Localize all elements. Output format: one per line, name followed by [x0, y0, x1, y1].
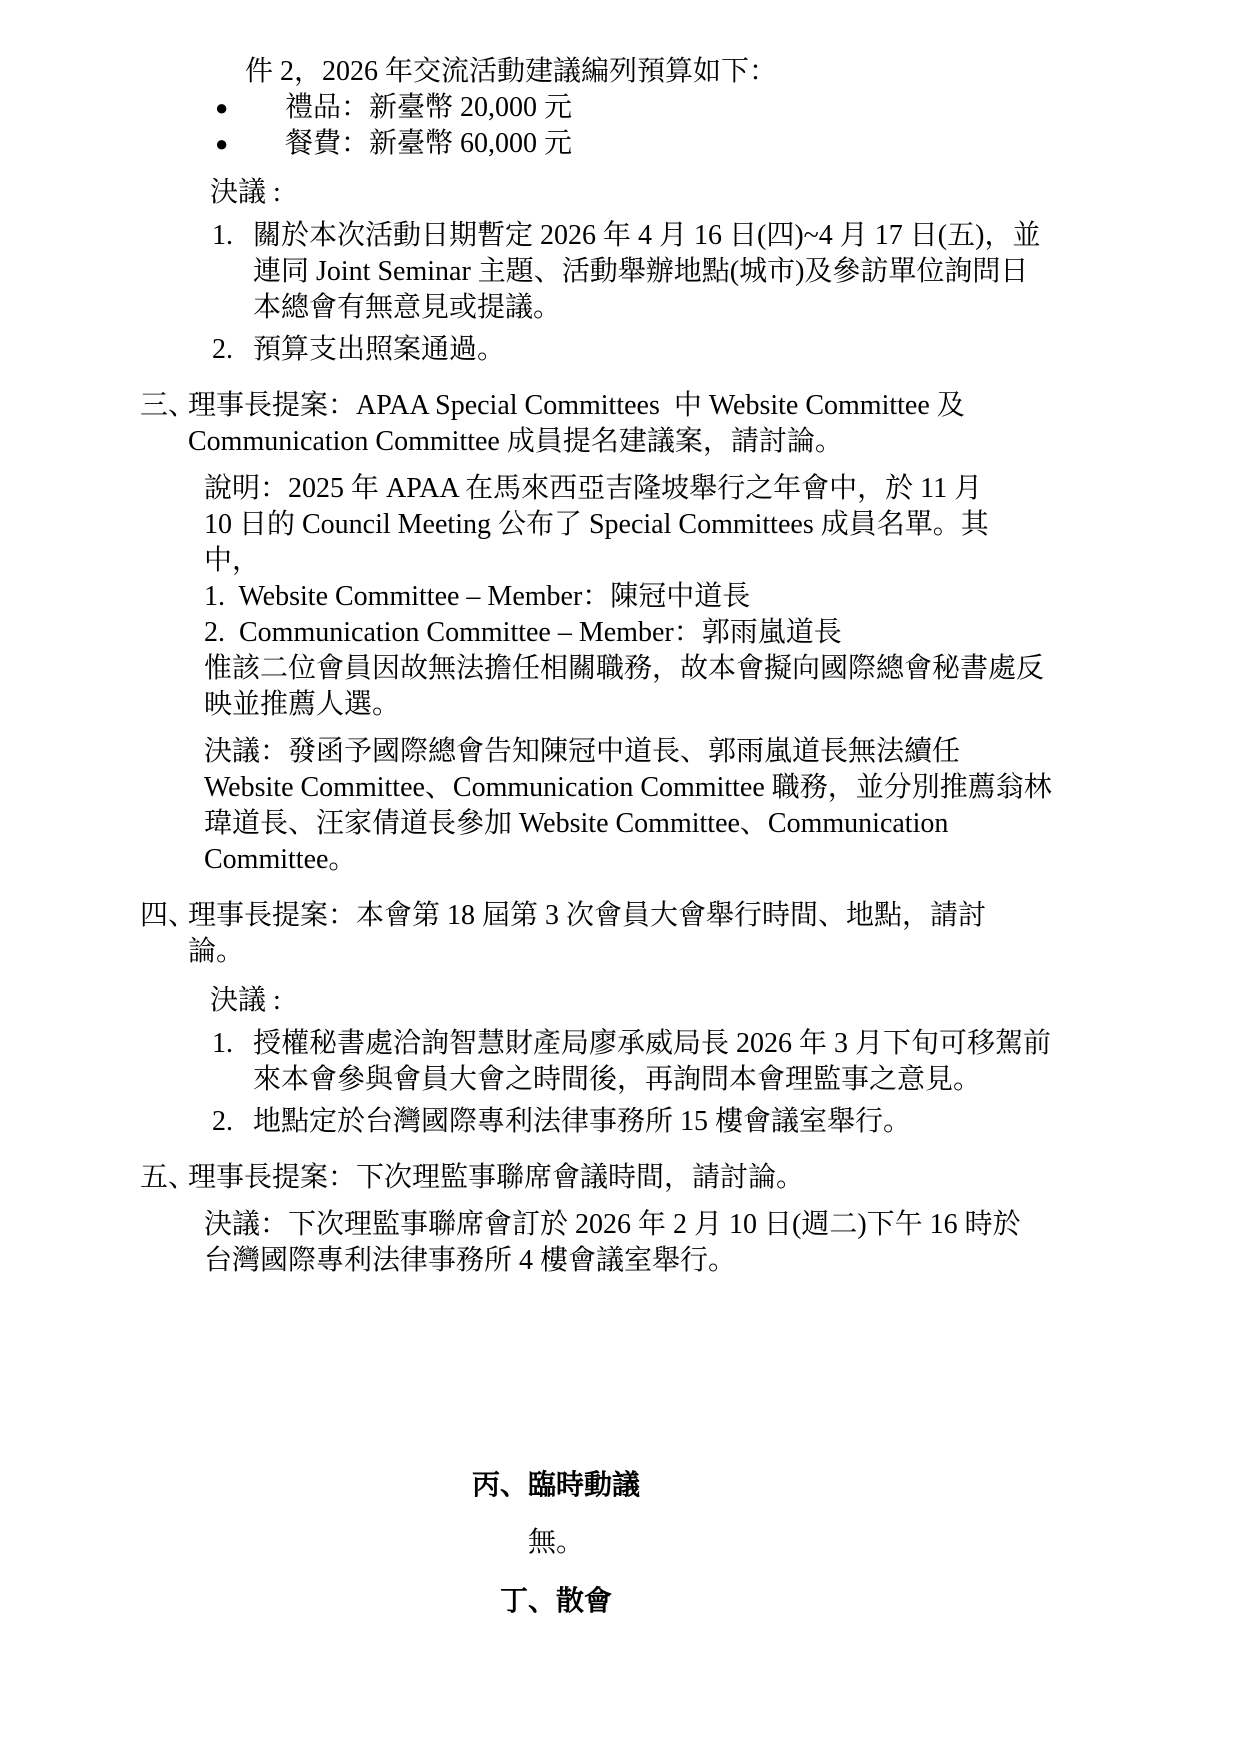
text-line: 瑋道長、汪家倩道長參加 Website Committee、Communicat…	[204, 806, 1241, 842]
heading-provisional-motions: 丙、臨時動議	[140, 1468, 972, 1504]
text-line: 授權秘書處洽詢智慧財產局廖承威局長 2026 年 3 月下旬可移駕前	[253, 1026, 1051, 1062]
text-line: 決議：發函予國際總會告知陳冠中道長、郭雨嵐道長無法續任	[204, 734, 1241, 770]
text-line: 決議：下次理監事聯席會訂於 2026 年 2 月 10 日(週二)下午 16 時…	[204, 1207, 1241, 1243]
section-four-resolution-label: 決議 :	[210, 983, 1241, 1019]
list-item: 1. 關於本次活動日期暫定 2026 年 4 月 16 日(四)~4 月 17 …	[212, 218, 1241, 326]
text-line: 理事長提案：下次理監事聯席會議時間，請討論。	[188, 1160, 804, 1196]
section-title: 理事長提案：本會第 18 屆第 3 次會員大會舉行時間、地點，請討 論。	[188, 898, 986, 970]
text-line: 1. Website Committee – Member：陳冠中道長	[204, 579, 1241, 615]
list-number: 1.	[212, 1026, 253, 1062]
intro-resolution-label: 決議 :	[210, 175, 1241, 211]
section-four-resolution-list: 1. 授權秘書處洽詢智慧財產局廖承威局長 2026 年 3 月下旬可移駕前 來本…	[212, 1026, 1241, 1140]
list-item-text: 授權秘書處洽詢智慧財產局廖承威局長 2026 年 3 月下旬可移駕前 來本會參與…	[253, 1026, 1051, 1098]
intro-resolution-list: 1. 關於本次活動日期暫定 2026 年 4 月 16 日(四)~4 月 17 …	[212, 218, 1241, 368]
text-line: Communication Committee 成員提名建議案，請討論。	[188, 424, 965, 460]
meeting-minutes-content: 件 2，2026 年交流活動建議編列預算如下： ● 禮品：新臺幣 20,000 …	[0, 0, 1241, 1620]
list-item: 1. 授權秘書處洽詢智慧財產局廖承威局長 2026 年 3 月下旬可移駕前 來本…	[212, 1026, 1241, 1098]
text-line: 連同 Joint Seminar 主題、活動舉辦地點(城市)及參訪單位詢問日	[253, 254, 1040, 290]
section-five-resolution: 決議：下次理監事聯席會訂於 2026 年 2 月 10 日(週二)下午 16 時…	[204, 1207, 1241, 1279]
section-four-header: 四、 理事長提案：本會第 18 屆第 3 次會員大會舉行時間、地點，請討 論。	[140, 898, 1241, 970]
text-line: 理事長提案：本會第 18 屆第 3 次會員大會舉行時間、地點，請討	[188, 898, 986, 934]
text-line: 映並推薦人選。	[204, 687, 1241, 723]
list-number: 2.	[212, 332, 253, 368]
section-three-explanation: 說明：2025 年 APAA 在馬來西亞吉隆坡舉行之年會中，於 11 月 10 …	[204, 471, 1241, 723]
budget-item-gifts: ● 禮品：新臺幣 20,000 元	[215, 90, 1241, 126]
text-line: 2. Communication Committee – Member：郭雨嵐道…	[204, 615, 1241, 651]
text-line: 理事長提案：APAA Special Committees 中 Website …	[188, 388, 965, 424]
section-three-header: 三、 理事長提案：APAA Special Committees 中 Websi…	[140, 388, 1241, 460]
bullet-icon: ●	[215, 126, 285, 162]
section-five-header: 五、 理事長提案：下次理監事聯席會議時間，請討論。	[140, 1160, 1241, 1196]
section-number: 五、	[140, 1160, 188, 1196]
list-number: 1.	[212, 218, 253, 254]
section-title: 理事長提案：下次理監事聯席會議時間，請討論。	[188, 1160, 804, 1196]
list-item: 2. 地點定於台灣國際專利法律事務所 15 樓會議室舉行。	[212, 1104, 1241, 1140]
text-line: 中，	[204, 543, 1241, 579]
list-item-text: 預算支出照案通過。	[253, 332, 505, 368]
text-line: 惟該二位會員因故無法擔任相關職務，故本會擬向國際總會秘書處反	[204, 651, 1241, 687]
list-number: 2.	[212, 1104, 253, 1140]
text-line: 預算支出照案通過。	[253, 332, 505, 368]
budget-item-meals-text: 餐費：新臺幣 60,000 元	[285, 126, 572, 162]
provisional-motions-body: 無。	[140, 1525, 972, 1561]
list-item-text: 地點定於台灣國際專利法律事務所 15 樓會議室舉行。	[253, 1104, 911, 1140]
text-line: Committee。	[204, 842, 1241, 878]
bullet-icon: ●	[215, 90, 285, 126]
budget-item-meals: ● 餐費：新臺幣 60,000 元	[215, 126, 1241, 162]
section-number: 三、	[140, 388, 188, 424]
section-three-resolution: 決議：發函予國際總會告知陳冠中道長、郭雨嵐道長無法續任 Website Comm…	[204, 734, 1241, 878]
text-line: 10 日的 Council Meeting 公布了 Special Commit…	[204, 507, 1241, 543]
text-line: 本總會有無意見或提議。	[253, 290, 1040, 326]
list-item-text: 關於本次活動日期暫定 2026 年 4 月 16 日(四)~4 月 17 日(五…	[253, 218, 1040, 326]
text-line: 台灣國際專利法律事務所 4 樓會議室舉行。	[204, 1243, 1241, 1279]
list-item: 2. 預算支出照案通過。	[212, 332, 1241, 368]
text-line: 關於本次活動日期暫定 2026 年 4 月 16 日(四)~4 月 17 日(五…	[253, 218, 1040, 254]
heading-adjournment: 丁、散會	[140, 1584, 972, 1620]
section-number: 四、	[140, 898, 188, 934]
document-page: 件 2，2026 年交流活動建議編列預算如下： ● 禮品：新臺幣 20,000 …	[0, 0, 1241, 1754]
budget-item-gifts-text: 禮品：新臺幣 20,000 元	[285, 90, 572, 126]
text-line: 說明：2025 年 APAA 在馬來西亞吉隆坡舉行之年會中，於 11 月	[204, 471, 1241, 507]
text-line: 來本會參與會員大會之時間後，再詢問本會理監事之意見。	[253, 1062, 1051, 1098]
text-line: Website Committee、Communication Committe…	[204, 770, 1241, 806]
text-line: 地點定於台灣國際專利法律事務所 15 樓會議室舉行。	[253, 1104, 911, 1140]
budget-intro-line: 件 2，2026 年交流活動建議編列預算如下：	[245, 54, 1241, 90]
text-line: 論。	[188, 934, 986, 970]
section-title: 理事長提案：APAA Special Committees 中 Website …	[188, 388, 965, 460]
